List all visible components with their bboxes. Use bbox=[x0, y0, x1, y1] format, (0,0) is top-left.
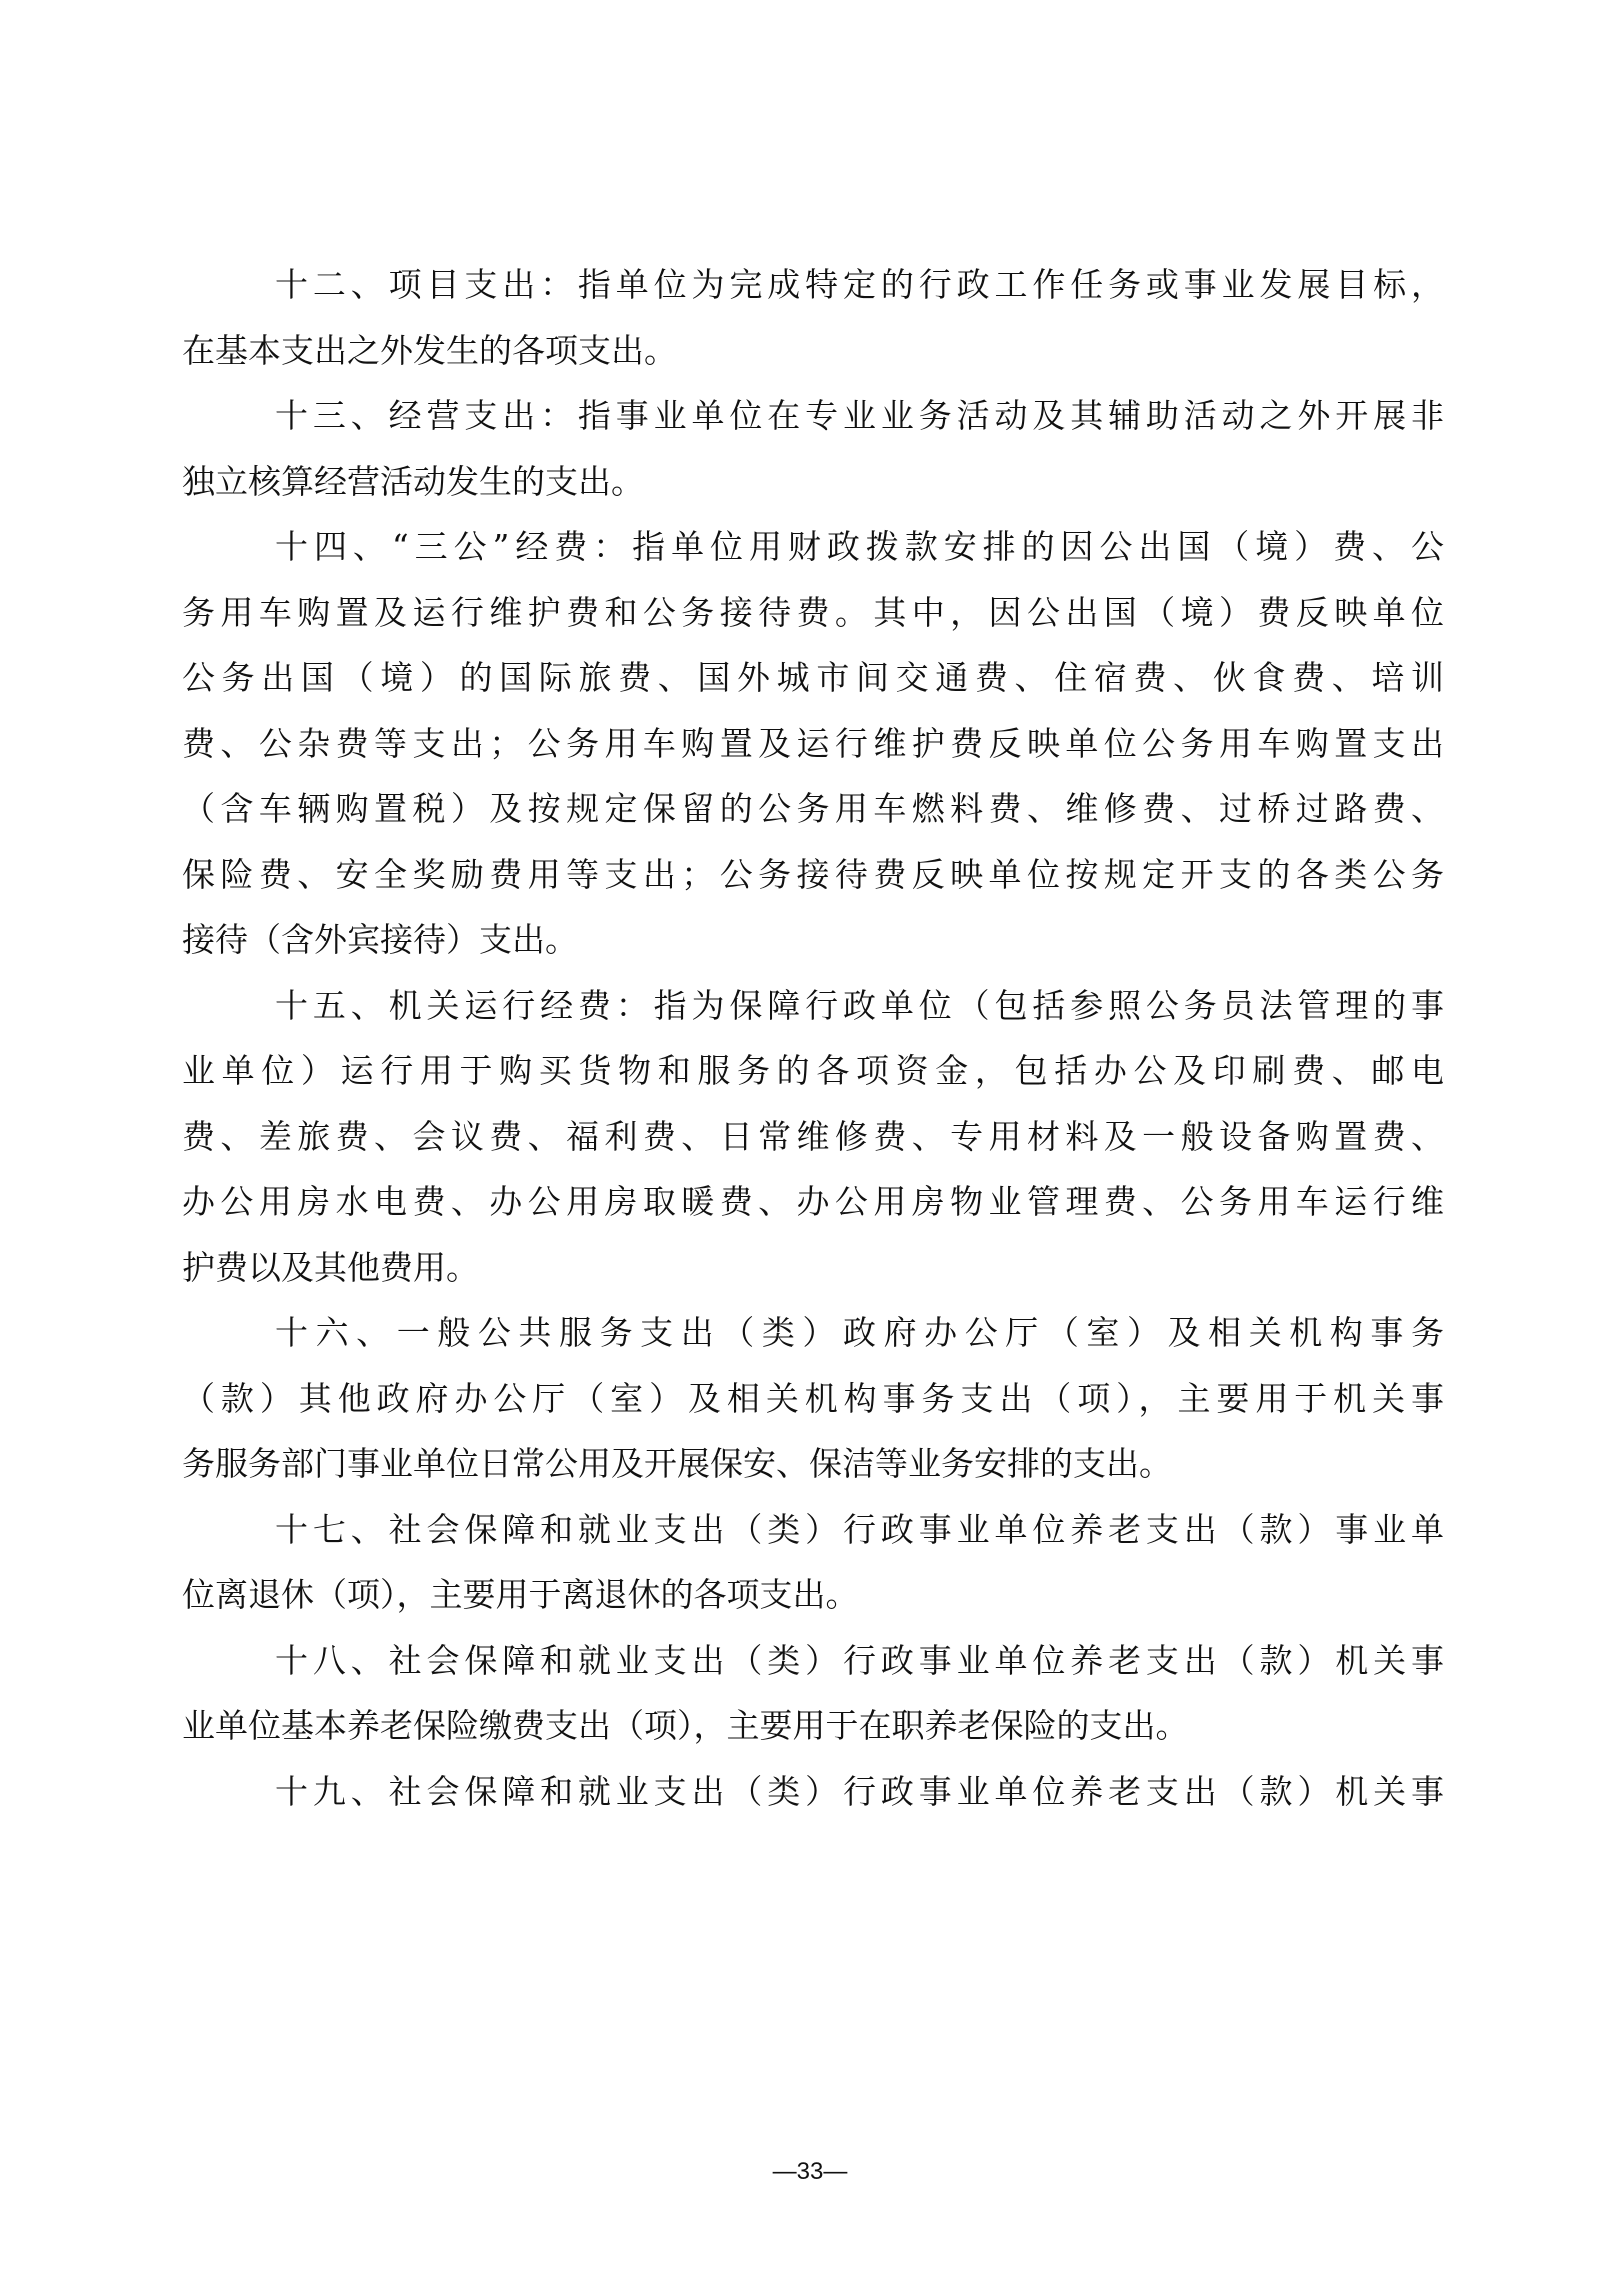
paragraph-line: 位离退休（项），主要用于离退休的各项支出。 bbox=[182, 1562, 1444, 1628]
paragraph-item-14: 十四、“三公”经费：指单位用财政拨款安排的因公出国（境）费、公 务用车购置及运行… bbox=[182, 514, 1444, 973]
paragraph-line: 十九、社会保障和就业支出（类）行政事业单位养老支出（款）机关事 bbox=[182, 1759, 1444, 1825]
paragraph-item-13: 十三、经营支出：指事业单位在专业业务活动及其辅助活动之外开展非 独立核算经营活动… bbox=[182, 383, 1444, 514]
paragraph-line: 十四、“三公”经费：指单位用财政拨款安排的因公出国（境）费、公 bbox=[182, 514, 1444, 580]
paragraph-item-12: 十二、项目支出：指单位为完成特定的行政工作任务或事业发展目标， 在基本支出之外发… bbox=[182, 252, 1444, 383]
paragraph-line: （款）其他政府办公厅（室）及相关机构事务支出（项），主要用于机关事 bbox=[182, 1366, 1444, 1432]
paragraph-line: 独立核算经营活动发生的支出。 bbox=[182, 449, 1444, 515]
paragraph-item-16: 十六、一般公共服务支出（类）政府办公厅（室）及相关机构事务 （款）其他政府办公厅… bbox=[182, 1300, 1444, 1497]
paragraph-line: 业单位基本养老保险缴费支出（项），主要用于在职养老保险的支出。 bbox=[182, 1693, 1444, 1759]
page-number: —33— bbox=[0, 2158, 1620, 2186]
paragraph-line: 十二、项目支出：指单位为完成特定的行政工作任务或事业发展目标， bbox=[182, 252, 1444, 318]
paragraph-line: 务用车购置及运行维护费和公务接待费。其中，因公出国（境）费反映单位 bbox=[182, 580, 1444, 646]
paragraph-line: 费、差旅费、会议费、福利费、日常维修费、专用材料及一般设备购置费、 bbox=[182, 1104, 1444, 1170]
paragraph-line: 十三、经营支出：指事业单位在专业业务活动及其辅助活动之外开展非 bbox=[182, 383, 1444, 449]
paragraph-line: （含车辆购置税）及按规定保留的公务用车燃料费、维修费、过桥过路费、 bbox=[182, 776, 1444, 842]
paragraph-item-19: 十九、社会保障和就业支出（类）行政事业单位养老支出（款）机关事 bbox=[182, 1759, 1444, 1825]
document-page: 十二、项目支出：指单位为完成特定的行政工作任务或事业发展目标， 在基本支出之外发… bbox=[0, 0, 1620, 2275]
paragraph-line: 办公用房水电费、办公用房取暖费、办公用房物业管理费、公务用车运行维 bbox=[182, 1169, 1444, 1235]
paragraph-line: 公务出国（境）的国际旅费、国外城市间交通费、住宿费、伙食费、培训 bbox=[182, 645, 1444, 711]
paragraph-line: 业单位）运行用于购买货物和服务的各项资金，包括办公及印刷费、邮电 bbox=[182, 1038, 1444, 1104]
paragraph-item-18: 十八、社会保障和就业支出（类）行政事业单位养老支出（款）机关事 业单位基本养老保… bbox=[182, 1628, 1444, 1759]
paragraph-line: 十八、社会保障和就业支出（类）行政事业单位养老支出（款）机关事 bbox=[182, 1628, 1444, 1694]
paragraph-line: 十五、机关运行经费：指为保障行政单位（包括参照公务员法管理的事 bbox=[182, 973, 1444, 1039]
paragraph-line: 十六、一般公共服务支出（类）政府办公厅（室）及相关机构事务 bbox=[182, 1300, 1444, 1366]
paragraph-line: 接待（含外宾接待）支出。 bbox=[182, 907, 1444, 973]
paragraph-line: 务服务部门事业单位日常公用及开展保安、保洁等业务安排的支出。 bbox=[182, 1431, 1444, 1497]
paragraph-line: 十七、社会保障和就业支出（类）行政事业单位养老支出（款）事业单 bbox=[182, 1497, 1444, 1563]
body-text: 十二、项目支出：指单位为完成特定的行政工作任务或事业发展目标， 在基本支出之外发… bbox=[182, 252, 1444, 1824]
paragraph-item-17: 十七、社会保障和就业支出（类）行政事业单位养老支出（款）事业单 位离退休（项），… bbox=[182, 1497, 1444, 1628]
paragraph-line: 费、公杂费等支出；公务用车购置及运行维护费反映单位公务用车购置支出 bbox=[182, 711, 1444, 777]
paragraph-item-15: 十五、机关运行经费：指为保障行政单位（包括参照公务员法管理的事 业单位）运行用于… bbox=[182, 973, 1444, 1301]
paragraph-line: 护费以及其他费用。 bbox=[182, 1235, 1444, 1301]
paragraph-line: 在基本支出之外发生的各项支出。 bbox=[182, 318, 1444, 384]
paragraph-line: 保险费、安全奖励费用等支出；公务接待费反映单位按规定开支的各类公务 bbox=[182, 842, 1444, 908]
